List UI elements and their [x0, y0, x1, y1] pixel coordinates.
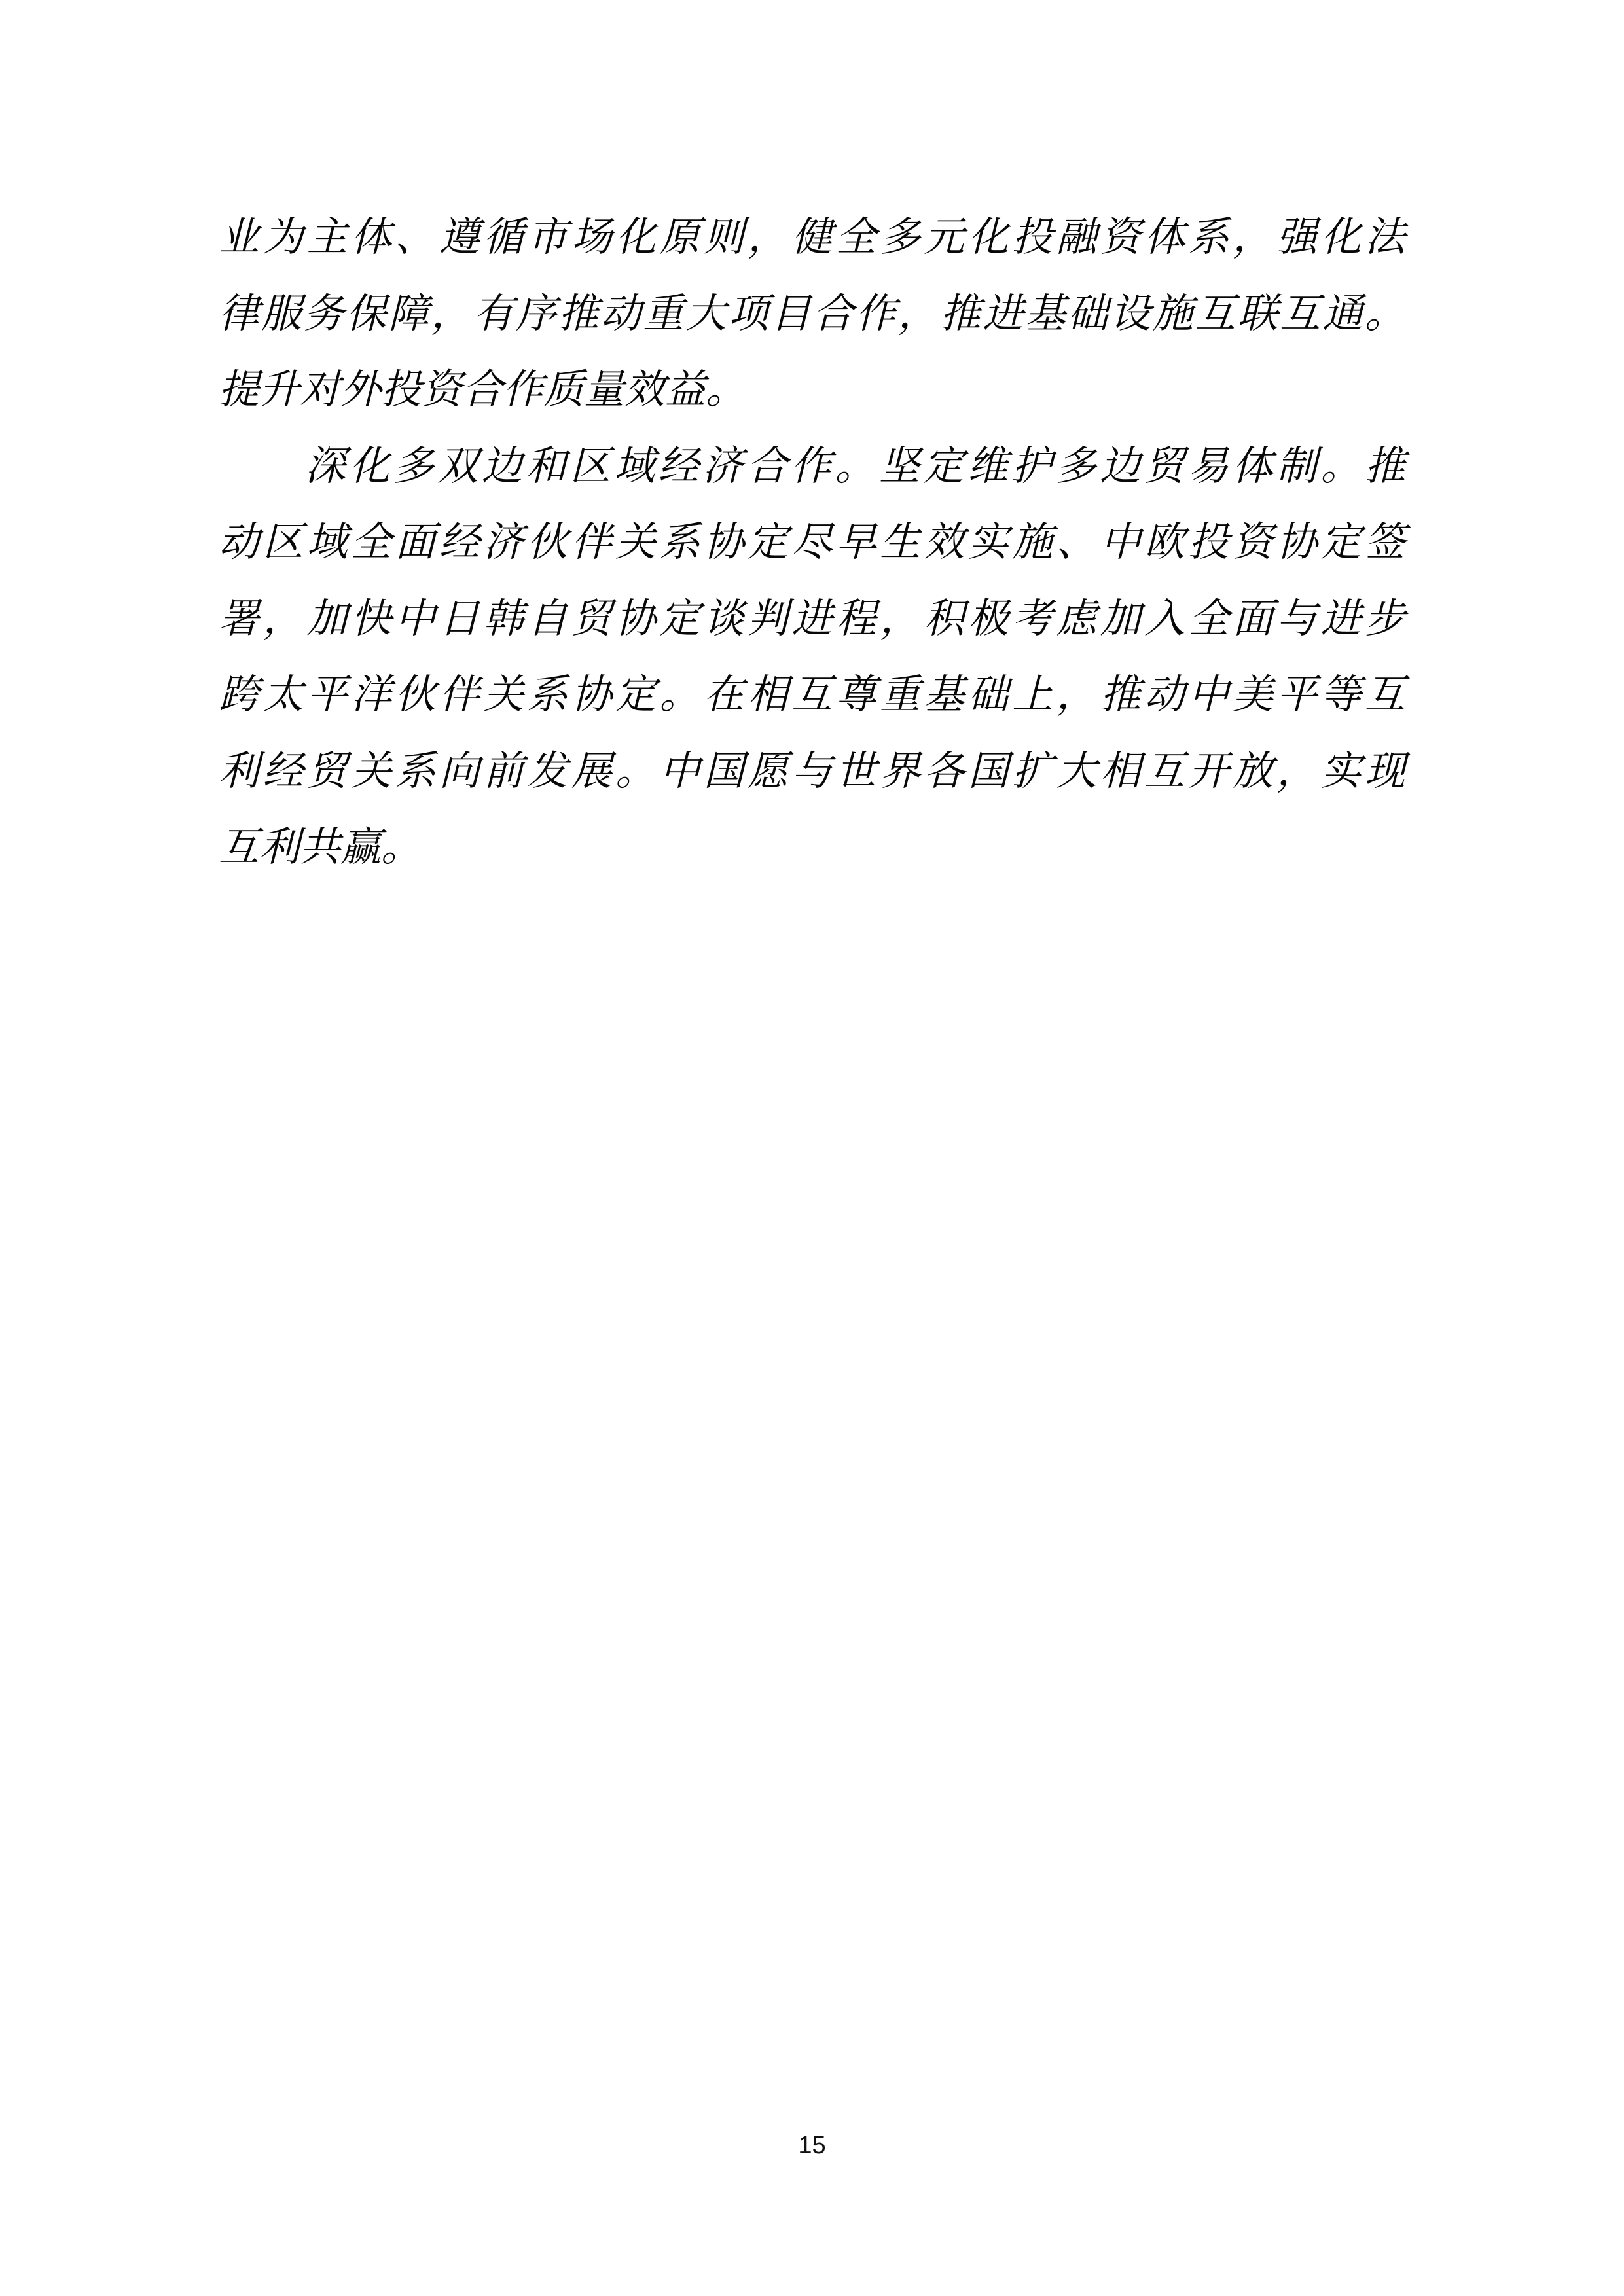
paragraph-1-line-2: 律服务保障，有序推动重大项目合作，推进基础设施互联互通。: [219, 276, 1405, 352]
body-text: 业为主体、遵循市场化原则，健全多元化投融资体系，强化法 律服务保障，有序推动重大…: [219, 199, 1405, 886]
paragraph-2-line-3: 署，加快中日韩自贸协定谈判进程，积极考虑加入全面与进步: [219, 581, 1405, 657]
paragraph-1-line-3: 提升对外投资合作质量效益。: [219, 351, 1405, 428]
paragraph-2-line-2: 动区域全面经济伙伴关系协定尽早生效实施、中欧投资协定签: [219, 504, 1405, 581]
paragraph-2-line-1: 深化多双边和区域经济合作。坚定维护多边贸易体制。推: [219, 428, 1405, 505]
paragraph-2-line-4: 跨太平洋伙伴关系协定。在相互尊重基础上，推动中美平等互: [219, 656, 1405, 733]
paragraph-2-line-5: 利经贸关系向前发展。中国愿与世界各国扩大相互开放，实现: [219, 733, 1405, 810]
paragraph-1-line-1: 业为主体、遵循市场化原则，健全多元化投融资体系，强化法: [219, 199, 1405, 276]
page-number: 15: [0, 2133, 1624, 2158]
paragraph-2-line-6: 互利共赢。: [219, 809, 1405, 886]
document-page: 业为主体、遵循市场化原则，健全多元化投融资体系，强化法 律服务保障，有序推动重大…: [0, 0, 1624, 2296]
